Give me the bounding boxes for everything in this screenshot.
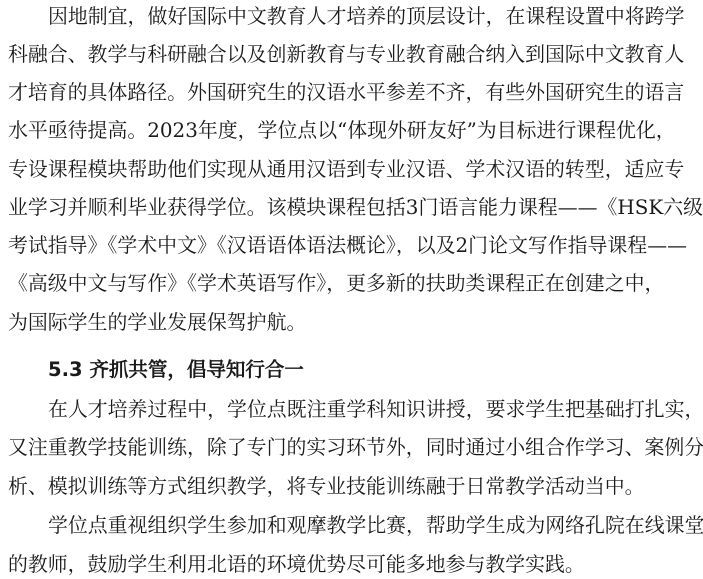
text-line: 为国际学生的学业发展保驾护航。: [8, 308, 698, 338]
text-line: 在人才培养过程中，学位点既注重学科知识讲授，要求学生把基础打扎实，: [48, 395, 703, 425]
text-line: 的教师，鼓励学生利用北语的环境优势尽可能多地参与教学实践。: [8, 550, 698, 579]
text-line: 因地制宜，做好国际中文教育人才培养的顶层设计，在课程设置中将跨学: [48, 2, 703, 32]
text-line: 专设课程模块帮助他们实现从通用汉语到专业汉语、学术汉语的转型，适应专: [8, 155, 698, 185]
text-line: 才培育的具体路径。外国研究生的汉语水平参差不齐，有些外国研究生的语言: [8, 78, 698, 108]
text-line: 又注重教学技能训练，除了专门的实习环节外，同时通过小组合作学习、案例分: [8, 433, 698, 463]
text-line: 《高级中文与写作》《学术英语写作》，更多新的扶助类课程正在创建之中，: [8, 269, 698, 299]
text-line: 水平亟待提高。2023年度，学位点以“体现外研友好”为目标进行课程优化，: [8, 116, 698, 146]
text-line: 业学习并顺利毕业获得学位。该模块课程包括3门语言能力课程——《HSK六级: [8, 193, 698, 223]
text-line: 学位点重视组织学生参加和观摩教学比赛，帮助学生成为网络孔院在线课堂: [48, 511, 703, 541]
text-line: 析、模拟训练等方式组织教学，将专业技能训练融于日常教学活动当中。: [8, 472, 698, 502]
text-line: 科融合、教学与科研融合以及创新教育与专业教育融合纳入到国际中文教育人: [8, 40, 698, 70]
section-heading: 5.3 齐抓共管，倡导知行合一: [48, 355, 703, 385]
text-line: 考试指导》《学术中文》《汉语语体语法概论》，以及2门论文写作指导课程——: [8, 231, 698, 261]
